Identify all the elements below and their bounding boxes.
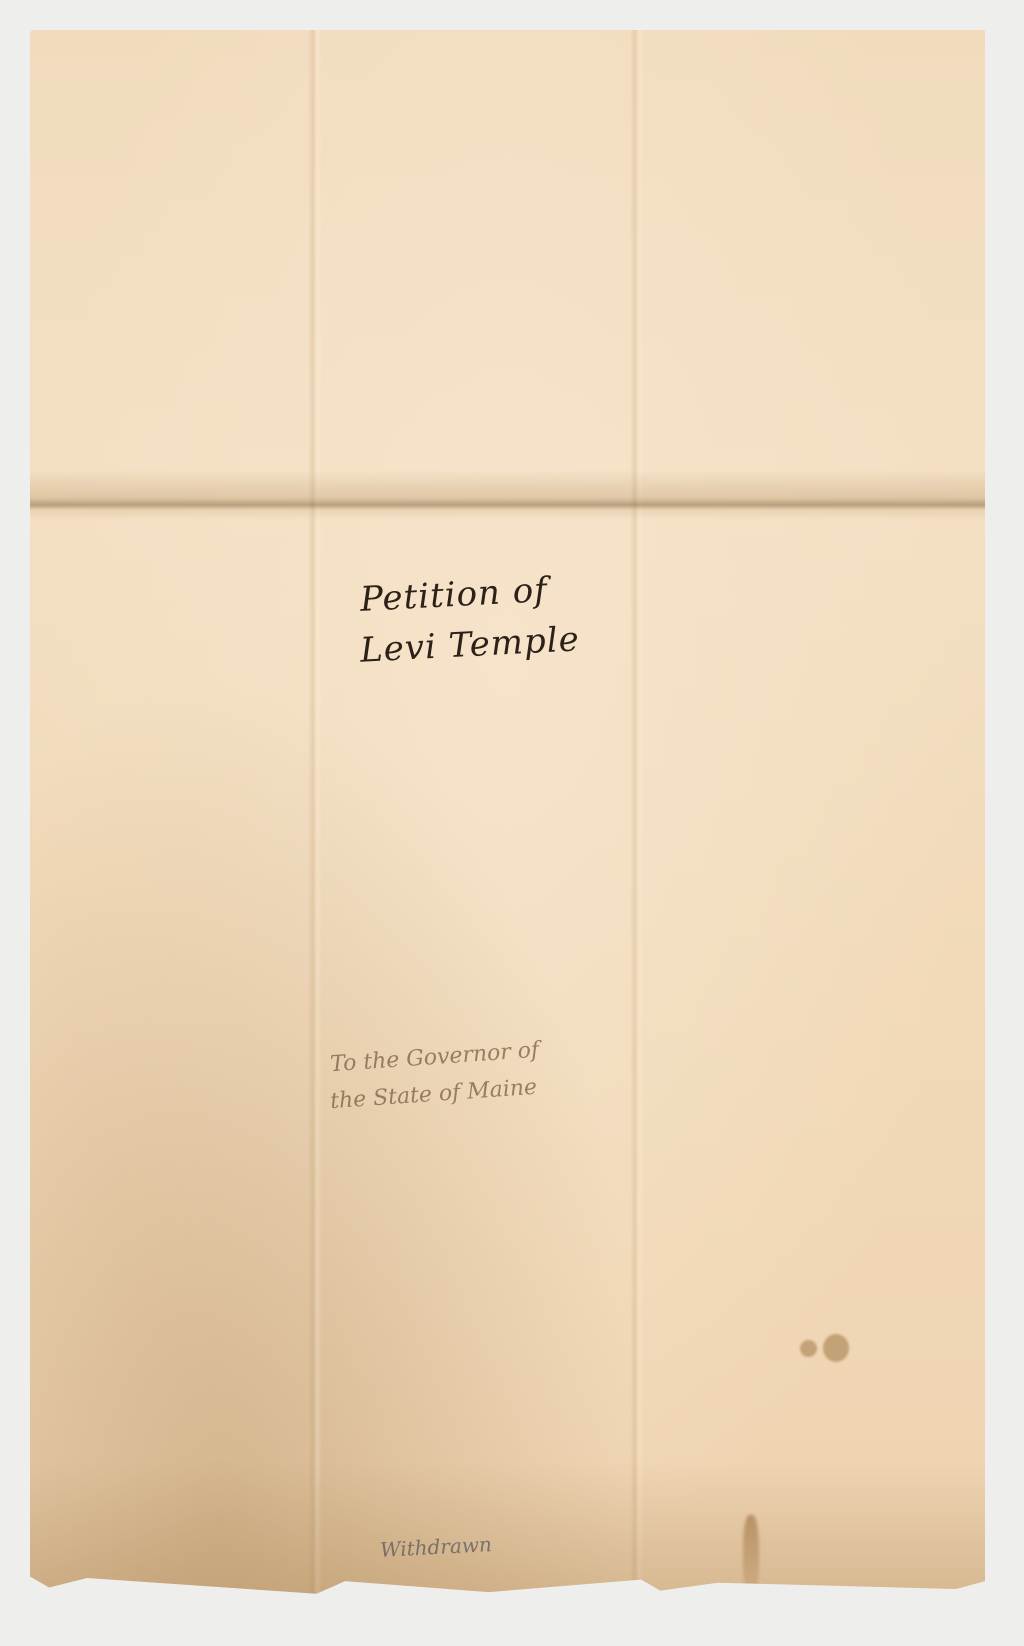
- horizontal-fold: [30, 470, 985, 520]
- docket-title-line-2: Levi Temple: [359, 619, 581, 670]
- stain-spot: [800, 1340, 817, 1357]
- address-line-2: the State of Maine: [329, 1075, 537, 1114]
- scan-background: Petition of Levi Temple To the Governor …: [0, 0, 1024, 1646]
- drip-stain: [743, 1515, 759, 1595]
- vertical-fold-left: [308, 30, 322, 1600]
- vertical-fold-right: [630, 30, 644, 1600]
- address-line-1: To the Governor of: [329, 1038, 540, 1078]
- bottom-edge-stain: [30, 1460, 985, 1600]
- paper-sheet: Petition of Levi Temple To the Governor …: [30, 30, 985, 1600]
- docket-title-line-1: Petition of: [359, 570, 549, 620]
- stain-spot: [823, 1334, 849, 1362]
